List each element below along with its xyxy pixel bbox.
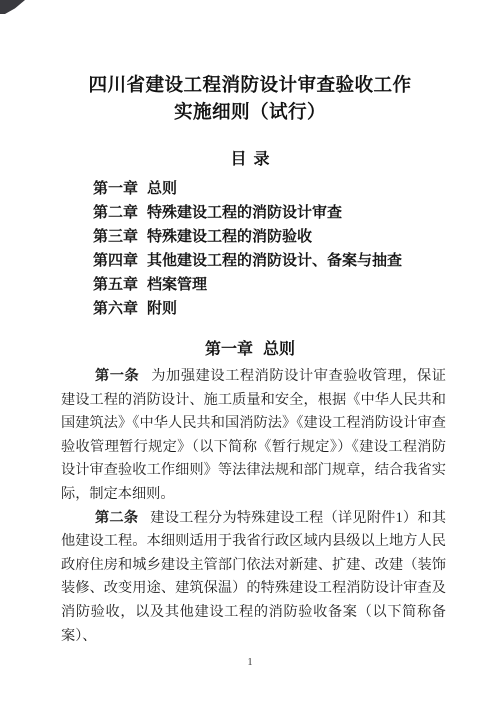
article-2-paragraph: 第二条建设工程分为特殊建设工程（详见附件1）和其他建设工程。本细则适用于我省行政…	[61, 507, 446, 649]
toc-item-chapter-4: 第四章 其他建设工程的消防设计、备案与抽查	[93, 249, 500, 273]
toc-heading-char-2: 录	[254, 152, 270, 168]
document-title-line-1: 四川省建设工程消防设计审查验收工作	[0, 73, 500, 100]
toc-item-chapter-1: 第一章 总则	[93, 177, 500, 201]
document-title: 四川省建设工程消防设计审查验收工作 实施细则（试行）	[0, 0, 500, 126]
toc-heading-char-1: 目	[230, 152, 246, 168]
toc-chapter-title: 其他建设工程的消防设计、备案与抽查	[147, 249, 402, 273]
document-body: 第一条为加强建设工程消防设计审查验收管理，保证建设工程的消防设计、施工质量和安全…	[61, 365, 446, 648]
toc-chapter-title: 总则	[147, 177, 177, 201]
toc-chapter-number: 第三章	[93, 225, 138, 249]
toc-chapter-number: 第四章	[93, 249, 138, 273]
toc-chapter-title: 特殊建设工程的消防设计审查	[147, 201, 342, 225]
toc-item-chapter-3: 第三章 特殊建设工程的消防验收	[93, 225, 500, 249]
toc-item-chapter-2: 第二章 特殊建设工程的消防设计审查	[93, 201, 500, 225]
document-title-line-2: 实施细则（试行）	[0, 100, 500, 127]
toc-heading: 目 录	[0, 152, 500, 168]
article-2-text: 建设工程分为特殊建设工程（详见附件1）和其他建设工程。本细则适用于我省行政区域内…	[61, 510, 446, 644]
toc-chapter-title: 档案管理	[147, 273, 207, 297]
toc-chapter-number: 第一章	[93, 177, 138, 201]
article-1-text: 为加强建设工程消防设计审查验收管理，保证建设工程的消防设计、施工质量和安全，根据…	[61, 368, 446, 502]
chapter-1-heading-number: 第一章	[205, 341, 253, 358]
toc-chapter-title: 特殊建设工程的消防验收	[147, 225, 312, 249]
chapter-1-heading: 第一章 总则	[0, 341, 500, 358]
toc-chapter-number: 第五章	[93, 273, 138, 297]
chapter-1-heading-title: 总则	[263, 341, 295, 358]
toc-item-chapter-5: 第五章 档案管理	[93, 273, 500, 297]
toc-item-chapter-6: 第六章 附则	[93, 297, 500, 321]
toc-chapter-number: 第六章	[93, 297, 138, 321]
toc-chapter-number: 第二章	[93, 201, 138, 225]
document-page: 四川省建设工程消防设计审查验收工作 实施细则（试行） 目 录 第一章 总则 第二…	[0, 0, 500, 708]
article-2-label: 第二条	[95, 510, 138, 526]
article-1-label: 第一条	[95, 368, 139, 384]
article-1-paragraph: 第一条为加强建设工程消防设计审查验收管理，保证建设工程的消防设计、施工质量和安全…	[61, 365, 446, 507]
toc-chapter-title: 附则	[147, 297, 177, 321]
page-number: 1	[0, 657, 500, 668]
toc-list: 第一章 总则 第二章 特殊建设工程的消防设计审查 第三章 特殊建设工程的消防验收…	[93, 177, 500, 321]
